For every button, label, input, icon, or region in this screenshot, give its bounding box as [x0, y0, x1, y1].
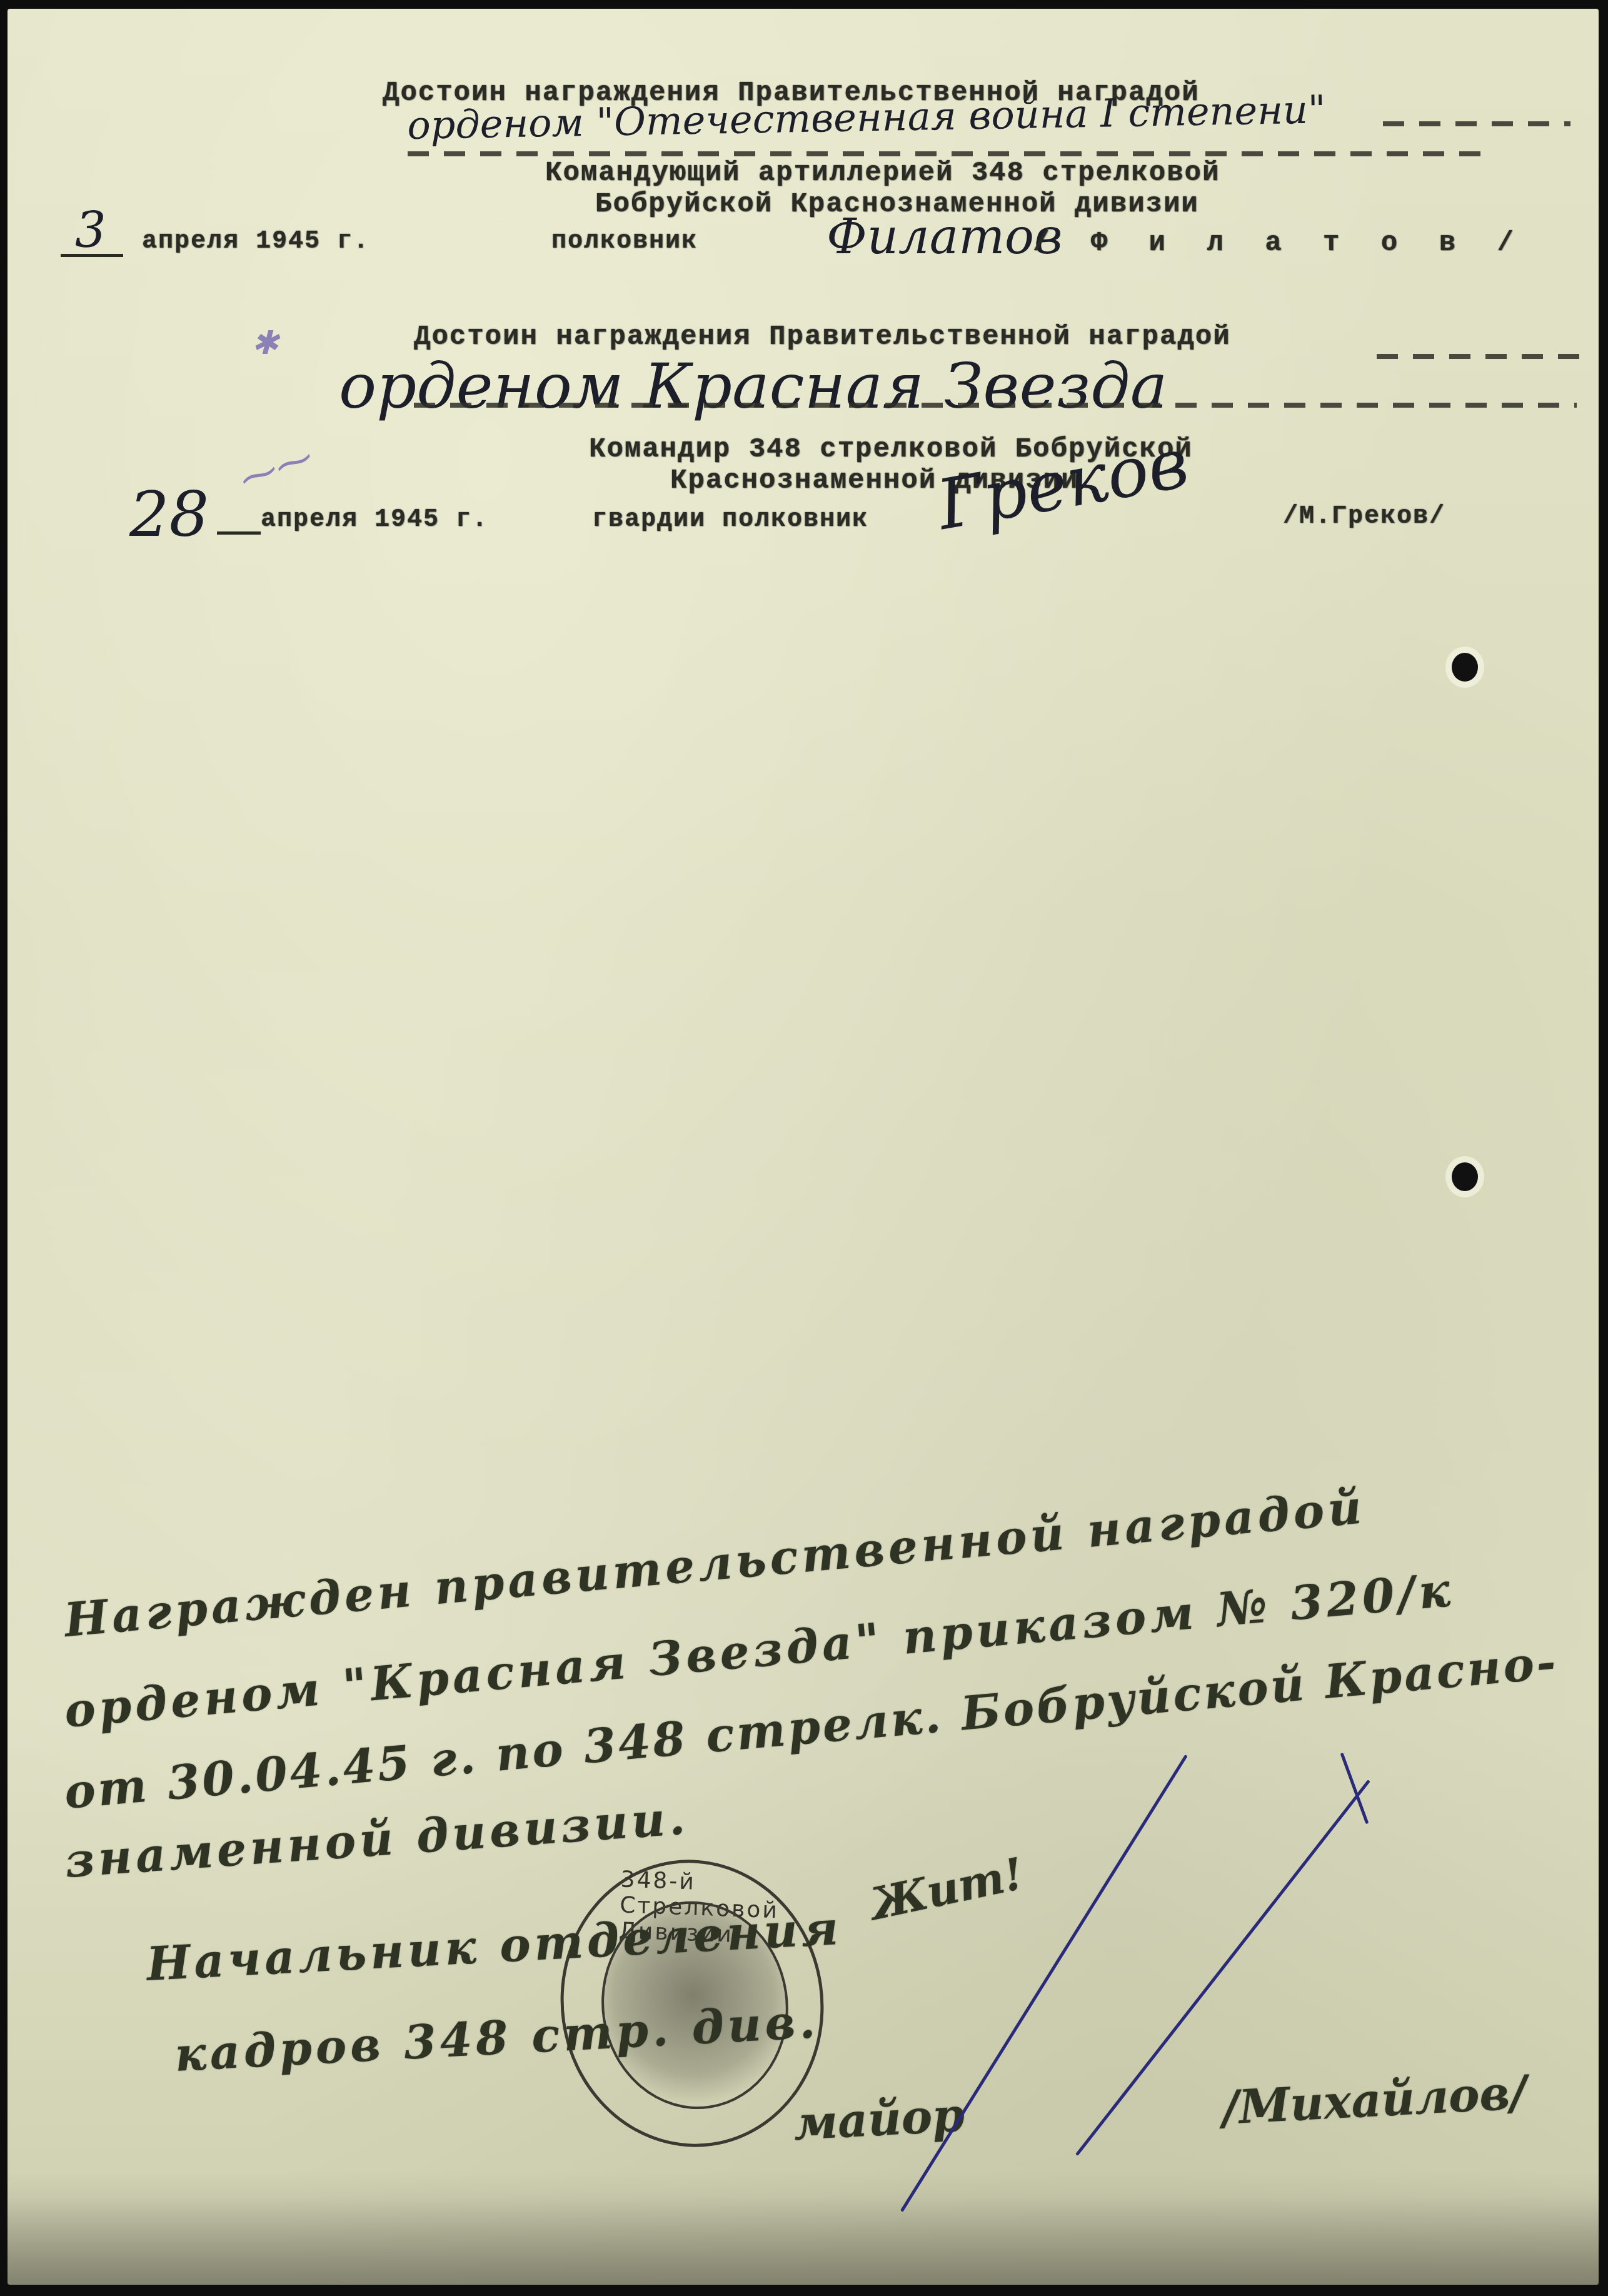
s2-fill-dashes: [1377, 354, 1589, 359]
purple-stamp-mark: ✱: [251, 325, 279, 362]
s3-signature-name: /Михайлов/: [1220, 2066, 1528, 2135]
s1-date-typed: апреля 1945 г.: [142, 228, 369, 256]
paper-shadow: [8, 2197, 1599, 2285]
punch-hole: [1452, 1162, 1478, 1191]
s2-name-typed: /М.Греков/: [1283, 503, 1445, 531]
s3-signer-rank: майор: [792, 2088, 965, 2151]
s1-date-underline: [61, 254, 123, 257]
blue-signature-stroke: [900, 1755, 1188, 2212]
s1-award-dashes: [408, 151, 1483, 156]
s2-handwritten-award: орденом Красная Звезда: [339, 350, 1167, 423]
s1-date-day: 3: [75, 203, 106, 259]
s2-date-typed: апреля 1945 г.: [261, 506, 488, 534]
s1-signature: Филатов: [827, 209, 1062, 265]
s1-fill-dashes: [1383, 121, 1570, 126]
s2-date-day: 28: [129, 478, 209, 551]
punch-hole: [1452, 653, 1478, 682]
s1-rank: полковник: [551, 228, 698, 256]
document-page: Достоин награждения Правительственной на…: [8, 9, 1599, 2285]
s1-name-typed: / Ф и л а т о в /: [1033, 228, 1526, 259]
s2-typed-line1: Достоин награждения Правительственной на…: [414, 321, 1231, 353]
s1-signer-line1: Командующий артиллерией 348 стрелковой: [545, 158, 1220, 189]
s2-award-dashes: [414, 403, 1577, 408]
s2-rank: гвардии полковник: [592, 506, 868, 534]
s3-margin-note: Жит!: [866, 1847, 1028, 1930]
s2-date-underline: [217, 531, 261, 535]
purple-stamp-mark-2: ⁓⁓: [234, 435, 319, 502]
